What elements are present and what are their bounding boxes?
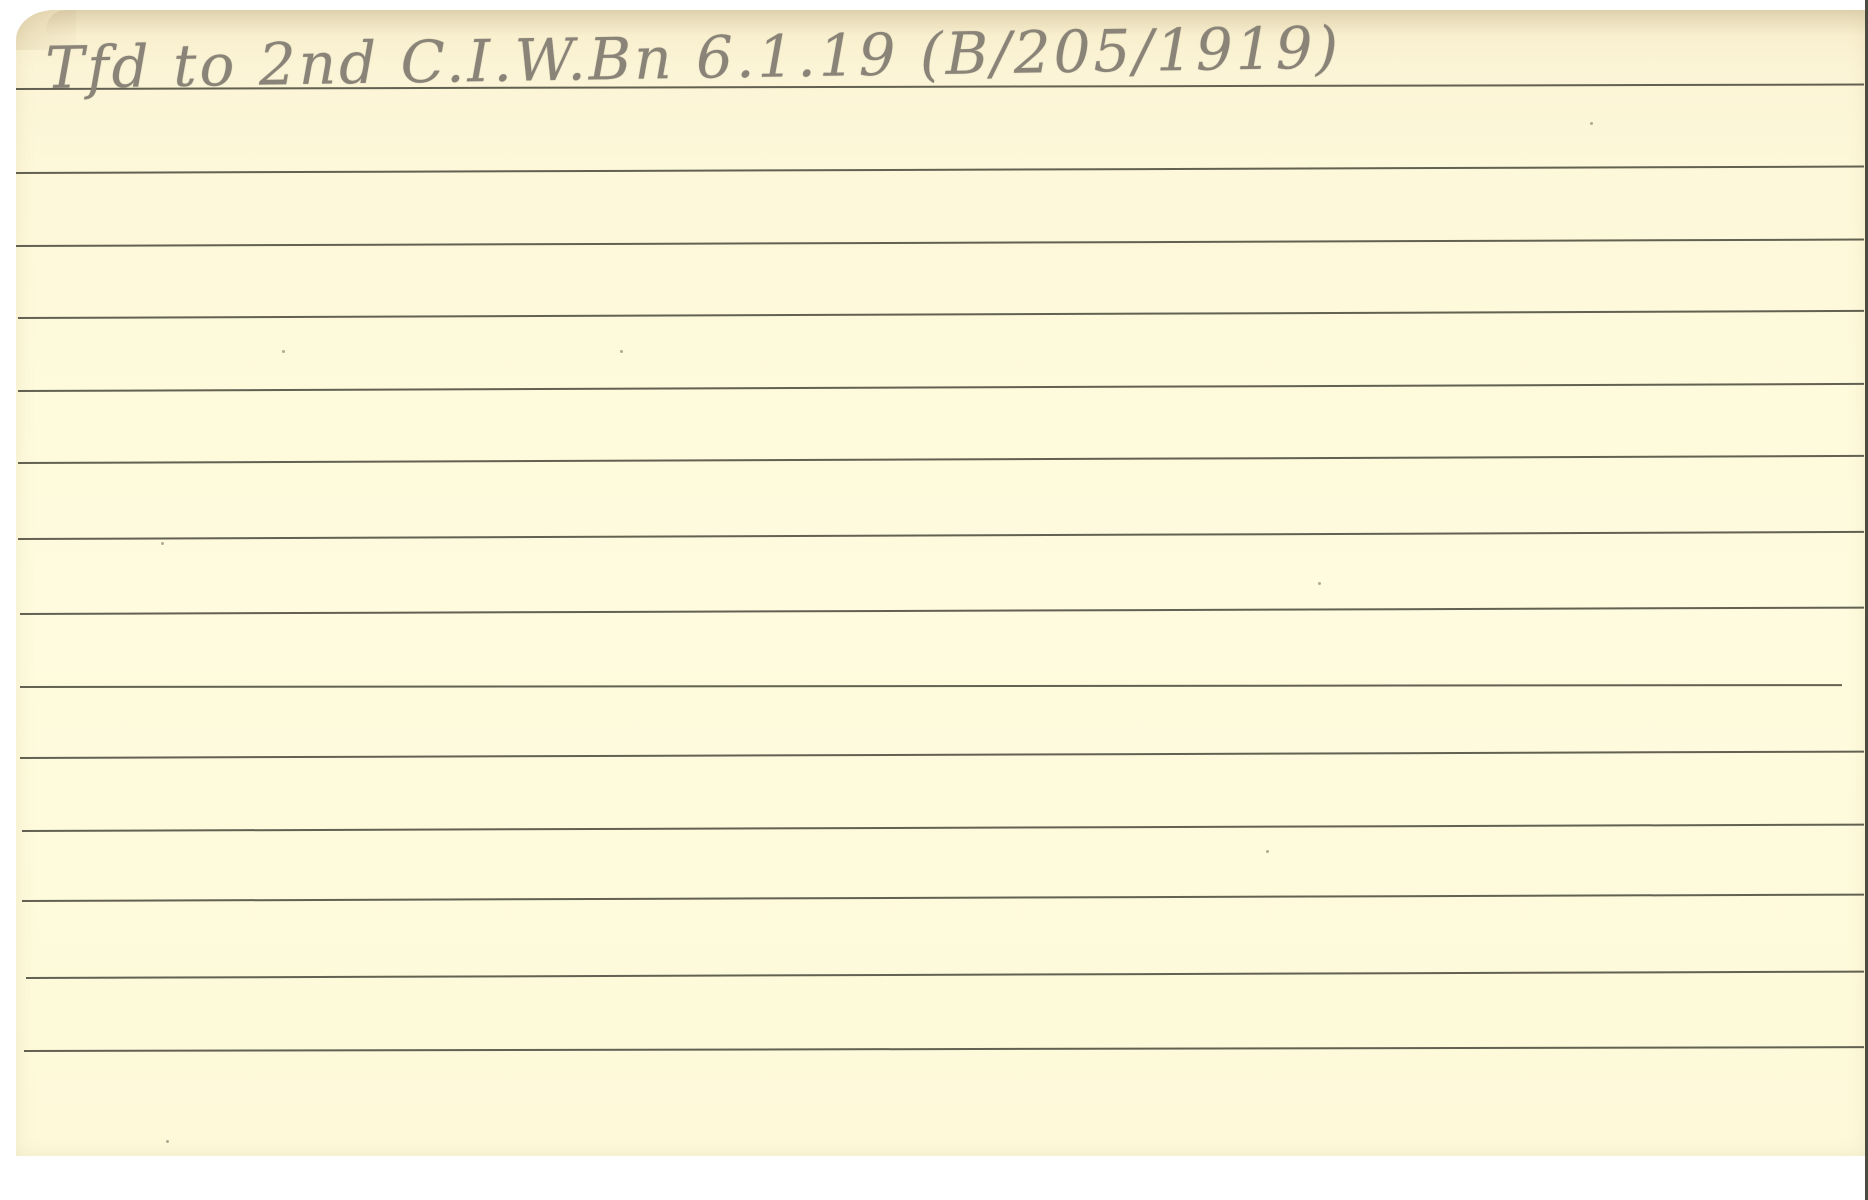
paper-speck: [1318, 582, 1321, 585]
ruled-line-9: [20, 684, 1842, 688]
paper-speck: [166, 1140, 169, 1143]
ruled-line-5: [18, 383, 1864, 392]
ruled-line-13: [26, 971, 1864, 979]
ruled-line-7: [18, 531, 1864, 540]
ruled-line-4: [18, 310, 1864, 319]
paper-speck: [282, 350, 285, 353]
ruled-line-11: [22, 824, 1864, 832]
index-card: Tfd to 2nd C.I.W.Bn 6.1.19 (B/205/1919): [16, 10, 1866, 1156]
ruled-line-10: [20, 751, 1864, 759]
ruled-line-14: [24, 1046, 1864, 1052]
paper-speck: [1266, 850, 1269, 853]
ruled-line-3: [16, 239, 1864, 247]
scanned-page: Tfd to 2nd C.I.W.Bn 6.1.19 (B/205/1919): [0, 0, 1868, 1200]
paper-speck: [161, 542, 164, 545]
ruled-line-2: [16, 166, 1864, 174]
ruled-line-12: [22, 894, 1864, 902]
paper-speck: [1590, 122, 1593, 125]
ruled-line-8: [20, 607, 1864, 615]
ruled-line-6: [18, 455, 1864, 464]
paper-speck: [620, 350, 623, 353]
